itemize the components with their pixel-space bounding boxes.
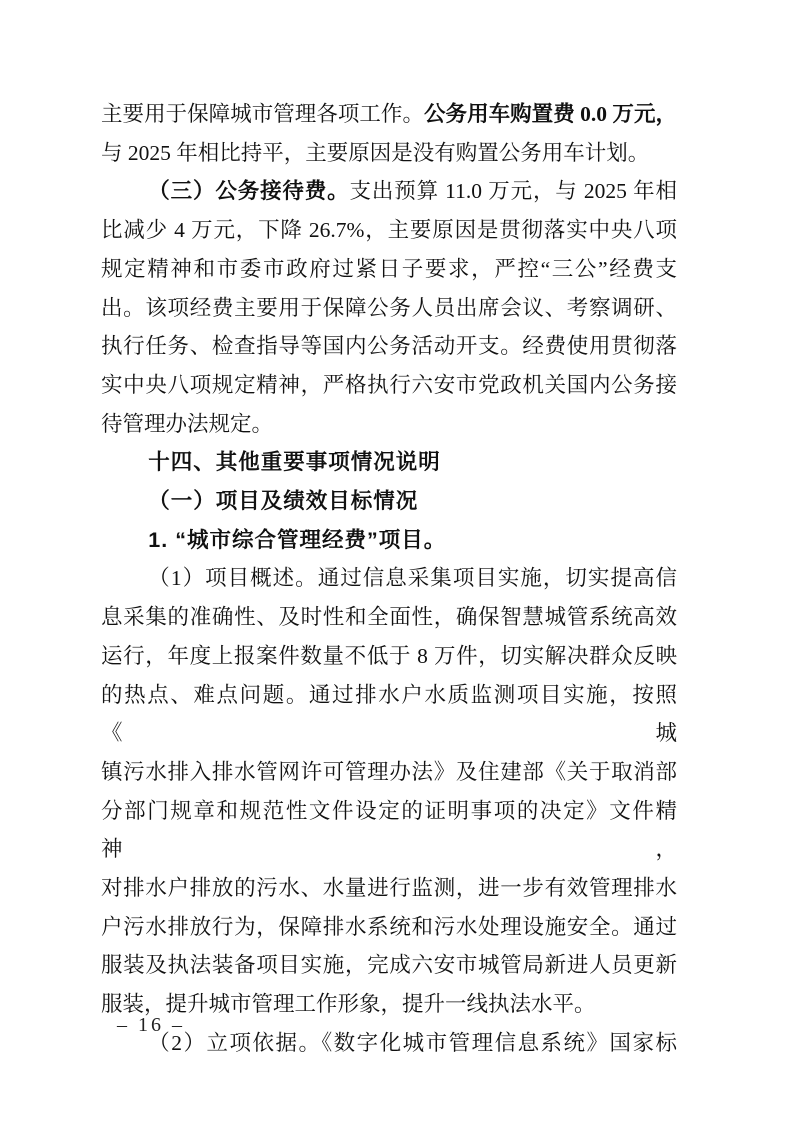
body-text: 对排水户排放的污水、水量进行监测，进一步有效管理排水: [101, 876, 677, 900]
body-line: 运行，年度上报案件数量不低于 8 万件，切实解决群众反映: [101, 637, 677, 676]
body-line: 服装，提升城市管理工作形象，提升一线执法水平。: [101, 985, 677, 1024]
body-line: 规定精神和市委市政府过紧日子要求，严控“三公”经费支: [101, 250, 677, 289]
body-text: 镇污水排入排水管网许可管理办法》及住建部《关于取消部: [101, 760, 677, 784]
body-line: 出。该项经费主要用于保障公务人员出席会议、考察调研、: [101, 289, 677, 328]
body-line: （1）项目概述。通过信息采集项目实施，切实提高信: [101, 559, 677, 598]
document-page: 主要用于保障城市管理各项工作。公务用车购置费 0.0 万元， 与 2025 年相…: [0, 0, 793, 1122]
body-line: 息采集的准确性、及时性和全面性，确保智慧城管系统高效: [101, 598, 677, 637]
body-line: （2）立项依据。《数字化城市管理信息系统》国家标: [101, 1024, 677, 1063]
body-line: 主要用于保障城市管理各项工作。公务用车购置费 0.0 万元，: [101, 95, 677, 134]
heading-text: 1. “城市综合管理经费”项目。: [148, 528, 446, 552]
body-line: 执行任务、检查指导等国内公务活动开支。经费使用贯彻落: [101, 327, 677, 366]
body-text: 比减少 4 万元，下降 26.7%，主要原因是贯彻落实中央八项: [101, 218, 677, 242]
bold-lead-text: 公务用车购置费 0.0 万元，: [424, 102, 677, 126]
body-text: 与 2025 年相比持平，主要原因是没有购置公务用车计划。: [101, 141, 649, 165]
body-text: 运行，年度上报案件数量不低于 8 万件，切实解决群众反映: [101, 644, 677, 668]
body-text: 分部门规章和规范性文件设定的证明事项的决定》文件精神，: [101, 799, 677, 862]
body-text: 服装及执法装备项目实施，完成六安市城管局新进人员更新: [101, 953, 677, 977]
body-text: （2）立项依据。《数字化城市管理信息系统》国家标: [148, 1031, 677, 1055]
body-text: 支出预算 11.0 万元，与 2025 年相: [350, 179, 677, 203]
body-line: 服装及执法装备项目实施，完成六安市城管局新进人员更新: [101, 946, 677, 985]
body-line: 户污水排放行为，保障排水系统和污水处理设施安全。通过: [101, 908, 677, 947]
bold-lead-text: （三）公务接待费。: [148, 179, 349, 203]
document-body: 主要用于保障城市管理各项工作。公务用车购置费 0.0 万元， 与 2025 年相…: [101, 95, 677, 1063]
body-text: 的热点、难点问题。通过排水户水质监测项目实施，按照《城: [101, 683, 677, 746]
body-text: 息采集的准确性、及时性和全面性，确保智慧城管系统高效: [101, 605, 677, 629]
body-line: 比减少 4 万元，下降 26.7%，主要原因是贯彻落实中央八项: [101, 211, 677, 250]
body-line: 待管理办法规定。: [101, 405, 677, 444]
body-line: （三）公务接待费。支出预算 11.0 万元，与 2025 年相: [101, 172, 677, 211]
body-text: 实中央八项规定精神，严格执行六安市党政机关国内公务接: [101, 373, 677, 397]
body-line: 镇污水排入排水管网许可管理办法》及住建部《关于取消部: [101, 753, 677, 792]
body-text: 执行任务、检查指导等国内公务活动开支。经费使用贯彻落: [101, 334, 677, 358]
body-text: 出。该项经费主要用于保障公务人员出席会议、考察调研、: [101, 296, 677, 320]
heading-section-14: 十四、其他重要事项情况说明: [101, 443, 677, 482]
heading-text: 十四、其他重要事项情况说明: [148, 450, 441, 474]
page-number: – 16 –: [117, 1014, 185, 1037]
body-text: 规定精神和市委市政府过紧日子要求，严控“三公”经费支: [101, 257, 677, 281]
body-line: 实中央八项规定精神，严格执行六安市党政机关国内公务接: [101, 366, 677, 405]
body-line: 与 2025 年相比持平，主要原因是没有购置公务用车计划。: [101, 134, 677, 173]
body-text: 服装，提升城市管理工作形象，提升一线执法水平。: [101, 992, 596, 1016]
heading-project-1: 1. “城市综合管理经费”项目。: [101, 521, 677, 560]
heading-subsection-1: （一）项目及绩效目标情况: [101, 482, 677, 521]
heading-text: （一）项目及绩效目标情况: [148, 489, 418, 513]
body-text: 户污水排放行为，保障排水系统和污水处理设施安全。通过: [101, 915, 677, 939]
body-line: 对排水户排放的污水、水量进行监测，进一步有效管理排水: [101, 869, 677, 908]
body-line: 分部门规章和规范性文件设定的证明事项的决定》文件精神，: [101, 792, 677, 869]
body-text: 主要用于保障城市管理各项工作。: [101, 102, 424, 126]
body-text: 待管理办法规定。: [101, 412, 273, 436]
body-text: （1）项目概述。通过信息采集项目实施，切实提高信: [148, 566, 677, 590]
body-line: 的热点、难点问题。通过排水户水质监测项目实施，按照《城: [101, 676, 677, 753]
